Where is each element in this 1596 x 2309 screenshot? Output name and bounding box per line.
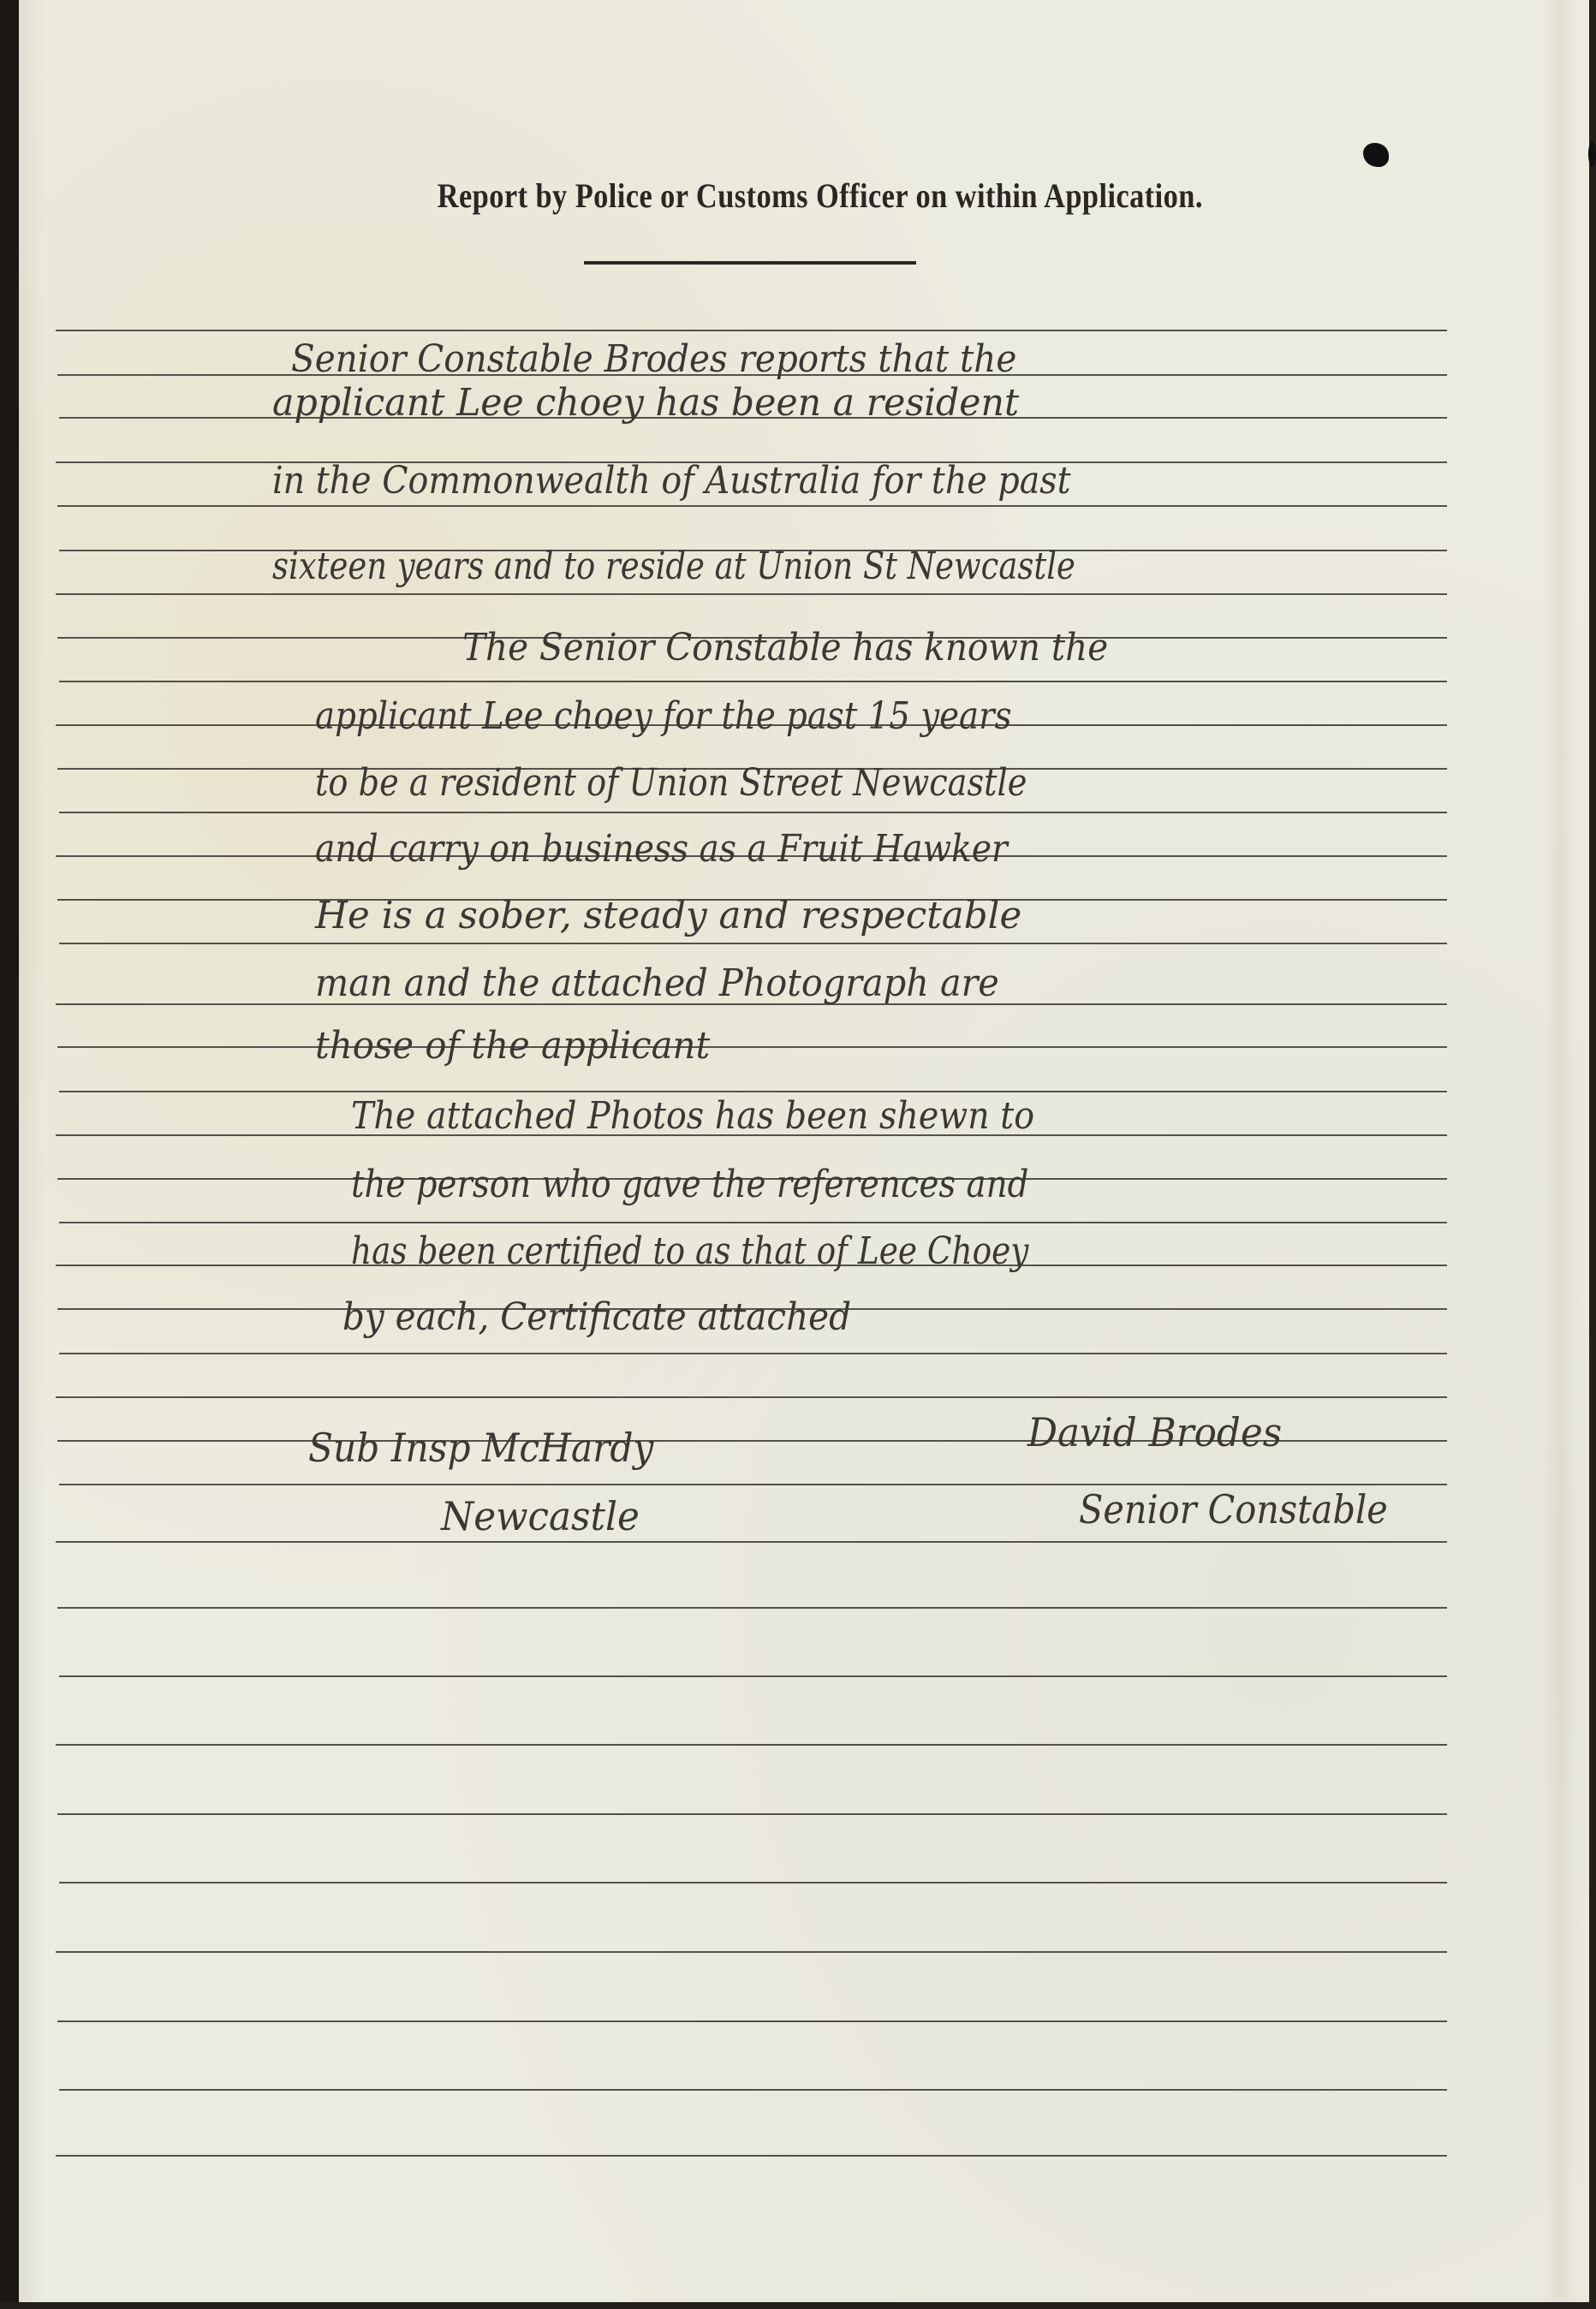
report-line: Senior Constable Brodes reports that the <box>291 341 1016 378</box>
signature-sub-inspector: Sub Insp McHardy <box>308 1428 653 1467</box>
page-bottom-edge <box>0 2302 1596 2309</box>
ruled-line <box>59 812 1447 813</box>
signature-station: Newcastle <box>441 1497 640 1536</box>
ruled-line <box>57 1607 1447 1609</box>
ruled-line <box>59 1353 1447 1354</box>
ruled-line <box>59 1484 1447 1485</box>
ruled-line <box>59 1882 1447 1884</box>
signature-constable: David Brodes <box>1027 1413 1282 1452</box>
report-line: and carry on business as a Fruit Hawker <box>315 830 1008 868</box>
ruled-line <box>56 330 1447 331</box>
report-line: The Senior Constable has known the <box>462 629 1108 667</box>
ruled-line <box>56 593 1447 595</box>
edge-mark <box>1588 141 1596 167</box>
report-line: the person who gave the references and <box>351 1166 1028 1204</box>
report-line: by each, Certificate attached <box>342 1299 851 1336</box>
ruled-line <box>56 1951 1447 1953</box>
report-line: has been certified to as that of Lee Cho… <box>351 1233 1028 1271</box>
ruled-line <box>57 1813 1447 1815</box>
ruled-line <box>56 1541 1447 1543</box>
title-underline <box>584 261 916 265</box>
report-line: applicant Lee choey has been a resident <box>272 384 1019 422</box>
report-line: applicant Lee choey for the past 15 year… <box>315 698 1012 735</box>
signature-rank: Senior Constable <box>1079 1490 1388 1529</box>
report-line: sixteen years and to reside at Union St … <box>272 548 1075 586</box>
report-line: in the Commonwealth of Australia for the… <box>272 462 1071 500</box>
ruled-line <box>59 1091 1447 1092</box>
ruled-line <box>57 2020 1447 2022</box>
ruled-line <box>57 505 1447 507</box>
ruled-line <box>59 1222 1447 1223</box>
report-line: The attached Photos has been shewn to <box>351 1098 1034 1135</box>
report-line: to be a resident of Union Street Newcast… <box>315 765 1027 802</box>
report-line: He is a sober, steady and respectable <box>315 897 1021 935</box>
ruled-line <box>56 1396 1447 1398</box>
ruled-line <box>59 943 1447 944</box>
ruled-line <box>56 2155 1447 2157</box>
form-title: Report by Police or Customs Officer on w… <box>111 176 1484 216</box>
ruled-line <box>59 681 1447 682</box>
page-edge-shadow <box>1589 0 1596 2309</box>
ruled-line <box>59 2089 1447 2091</box>
ruled-line <box>59 1675 1447 1677</box>
ruled-line <box>57 1046 1447 1048</box>
report-line: man and the attached Photograph are <box>315 965 999 1003</box>
ruled-line <box>56 1744 1447 1746</box>
report-line: those of the applicant <box>315 1027 710 1065</box>
